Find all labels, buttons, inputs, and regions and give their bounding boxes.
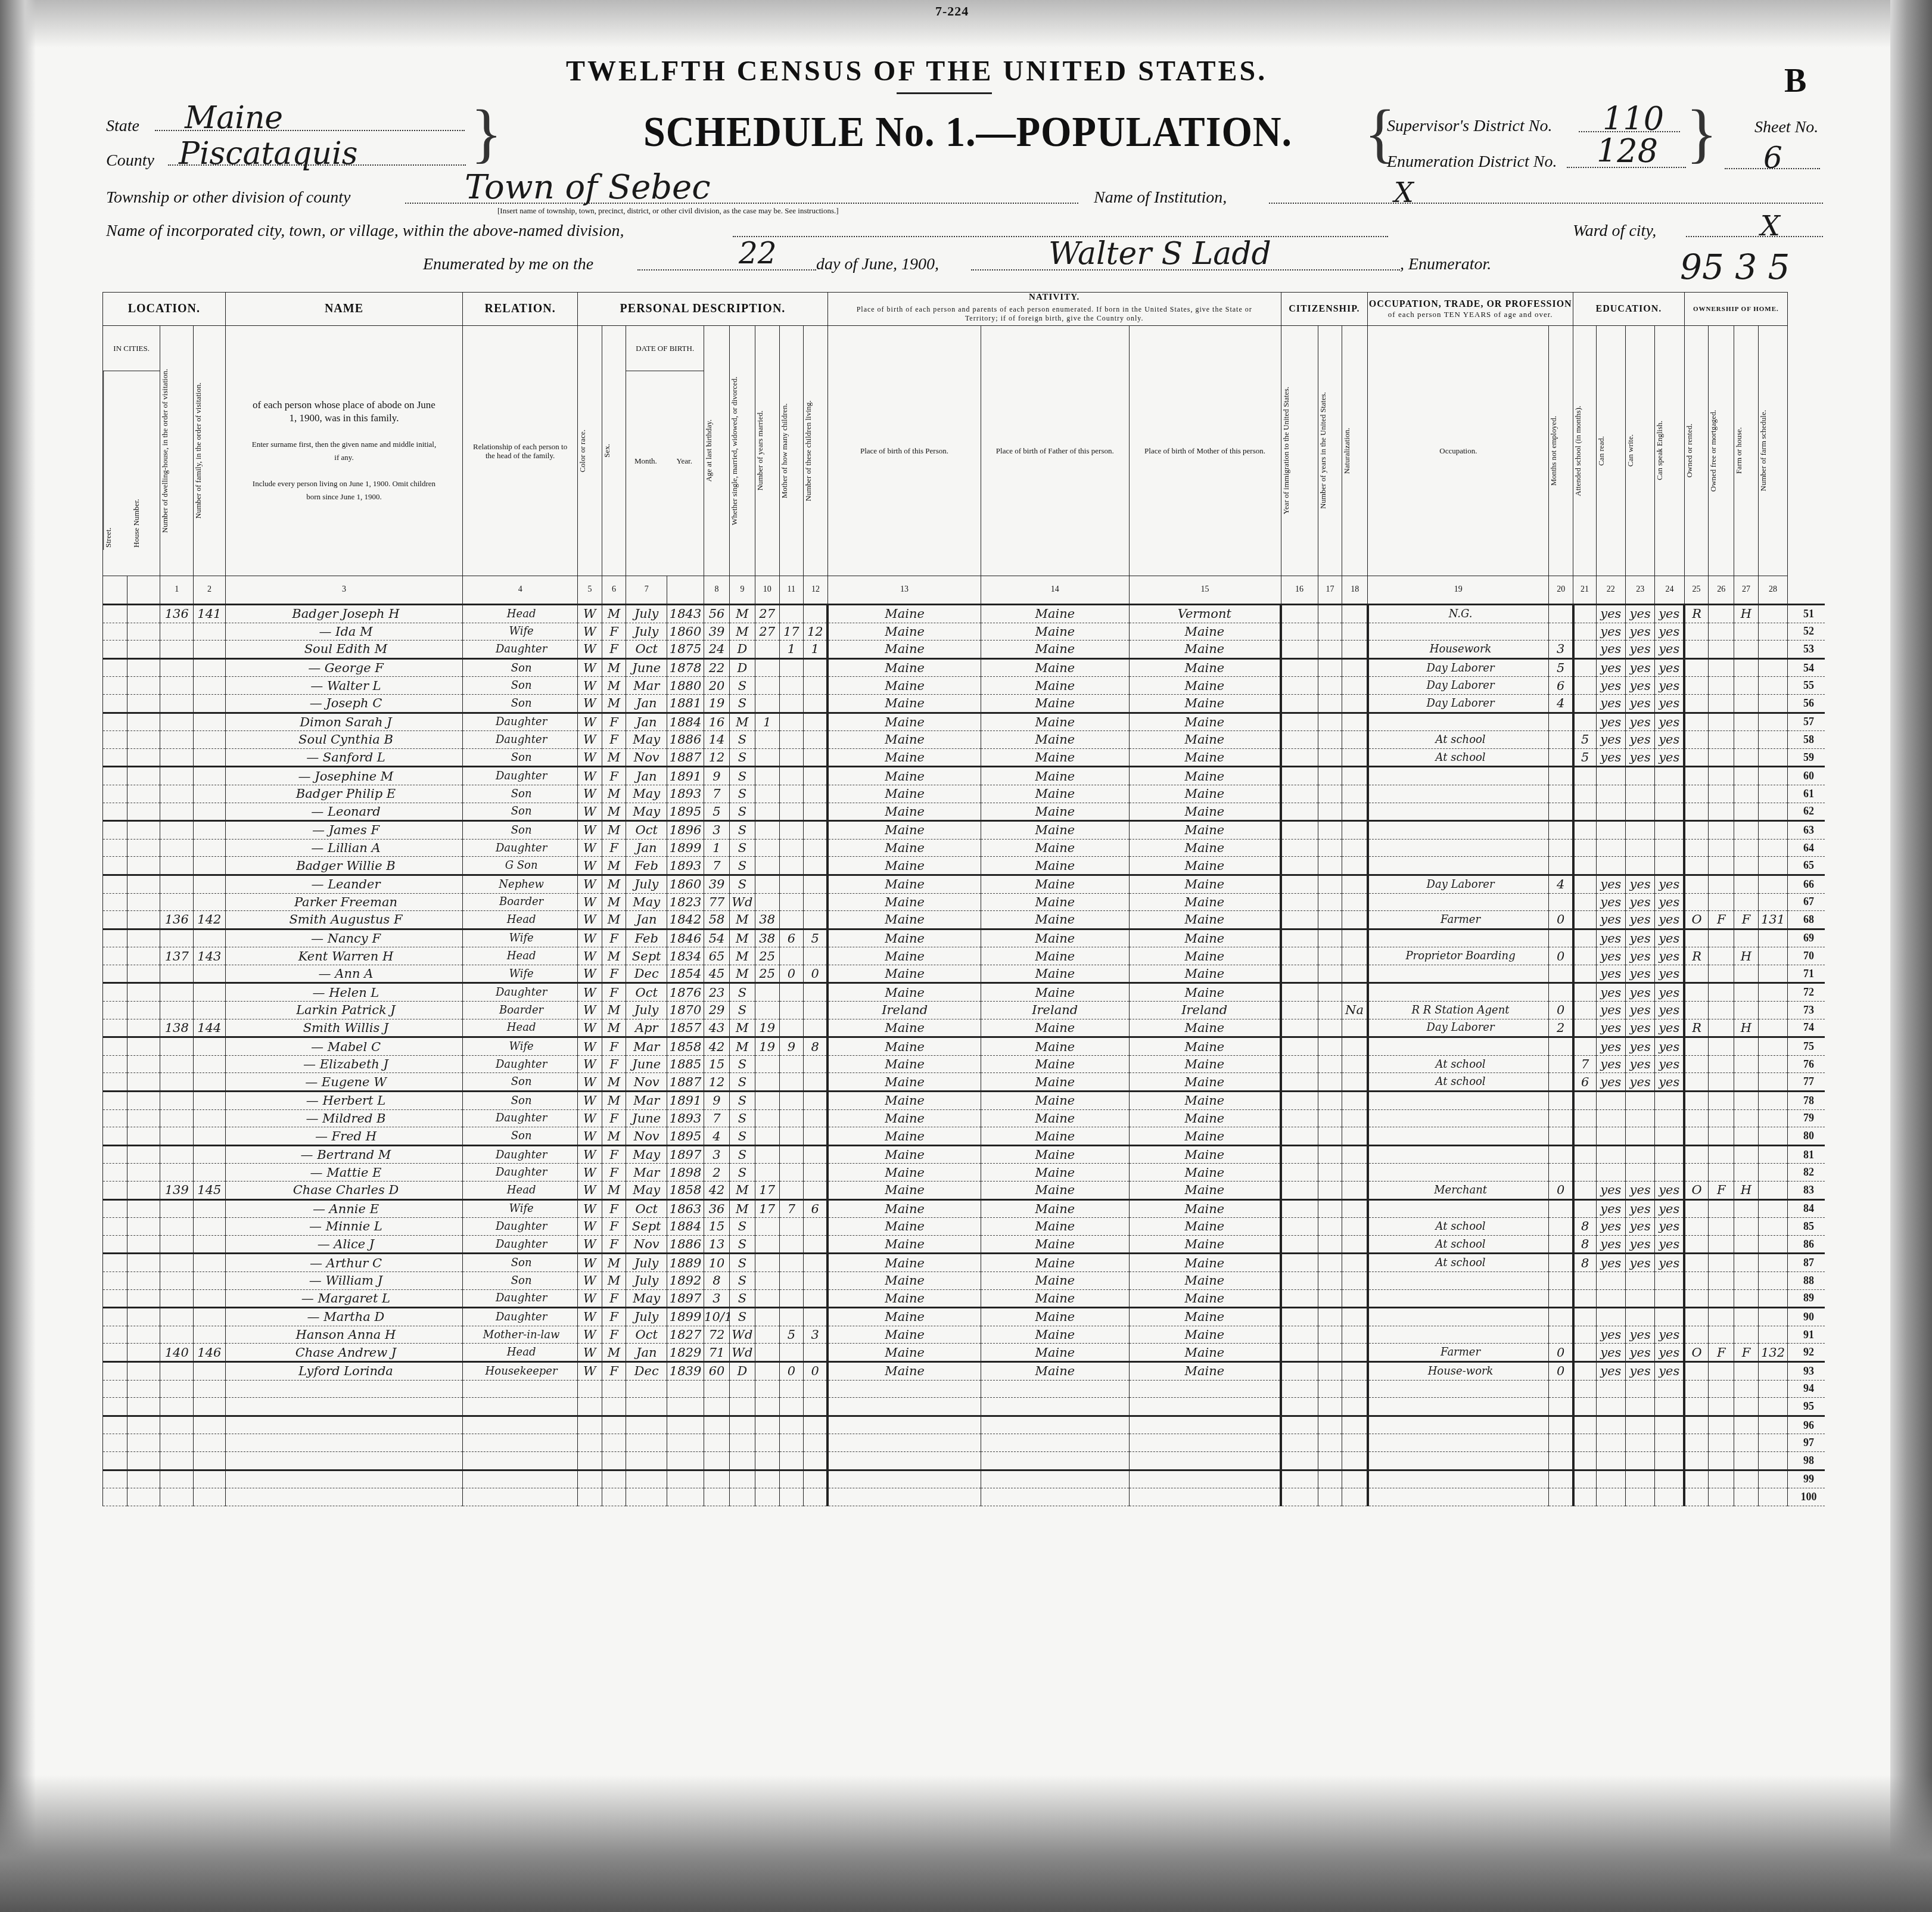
months-unemployed [1549, 1326, 1573, 1344]
person-name [225, 1398, 463, 1416]
mother-of-children [779, 1271, 804, 1289]
farm-house [1734, 1326, 1759, 1344]
table-row: Badger Willie BG SonWMFeb18937SMaineMain… [103, 857, 1825, 875]
school-months [1573, 911, 1597, 929]
age: 7 [704, 785, 730, 803]
free-mortgaged [1709, 1218, 1734, 1236]
house-number-cell [127, 1019, 160, 1037]
line-number: 75 [1788, 1037, 1825, 1056]
free-mortgaged [1709, 1451, 1734, 1470]
age: 24 [704, 641, 730, 659]
naturalization [1342, 947, 1368, 965]
birth-month: Mar [626, 1037, 667, 1056]
can-write: yes [1626, 694, 1655, 713]
mother-of-children: 17 [779, 623, 804, 641]
can-speak-english: yes [1655, 875, 1684, 893]
header-relation: RELATION. [463, 293, 578, 326]
farm-schedule-number [1758, 1434, 1787, 1452]
birth-year: 1880 [667, 677, 704, 695]
school-months: 8 [1573, 1218, 1597, 1236]
can-speak-english [1655, 1488, 1684, 1506]
house-number-cell [127, 1344, 160, 1362]
birthplace-mother [1129, 1434, 1281, 1452]
birthplace-father: Maine [981, 677, 1130, 695]
enumerated-label: Enumerated by me on the [423, 255, 593, 274]
table-row: — Lillian ADaughterWFJan18991SMaineMaine… [103, 839, 1825, 857]
birthplace-person [827, 1416, 981, 1434]
sex [602, 1451, 626, 1470]
months-unemployed [1549, 803, 1573, 821]
years-in-us [1318, 1308, 1342, 1326]
dwelling-number [160, 1092, 194, 1110]
farm-house [1734, 1271, 1759, 1289]
mother-of-children [779, 839, 804, 857]
table-row: 140146Chase Andrew JHeadWMJan182971WdMai… [103, 1344, 1825, 1362]
farm-house [1734, 1488, 1759, 1506]
family-number [194, 658, 226, 677]
owned-rented [1684, 1218, 1709, 1236]
birthplace-person: Maine [827, 965, 981, 983]
years-married [755, 767, 779, 785]
marital-status: Wd [729, 1344, 755, 1362]
can-write: yes [1626, 947, 1655, 965]
birthplace-father: Maine [981, 803, 1130, 821]
relationship: Wife [463, 965, 578, 983]
sex [602, 1470, 626, 1488]
street-cell [103, 1037, 127, 1056]
naturalization [1342, 1451, 1368, 1470]
years-in-us [1318, 713, 1342, 731]
birthplace-mother: Maine [1129, 929, 1281, 947]
school-months: 8 [1573, 1235, 1597, 1254]
person-name: — Nancy F [225, 929, 463, 947]
can-speak-english: yes [1655, 1326, 1684, 1344]
immigration-year [1281, 857, 1318, 875]
can-write: yes [1626, 713, 1655, 731]
can-speak-english [1655, 1470, 1684, 1488]
mother-children-label: Mother of how many children. [780, 401, 789, 500]
can-write: yes [1626, 1235, 1655, 1254]
street-cell [103, 731, 127, 749]
immigration-year [1281, 911, 1318, 929]
occupation [1368, 1127, 1549, 1146]
family-number [194, 1380, 226, 1398]
months-unemployed: 4 [1549, 694, 1573, 713]
age: 9 [704, 767, 730, 785]
color-race: W [578, 1002, 602, 1019]
line-number: 84 [1788, 1199, 1825, 1218]
farm-schedule-number [1758, 1271, 1787, 1289]
dwelling-number [160, 1037, 194, 1056]
owned-rented [1684, 1055, 1709, 1073]
dwelling-number [160, 1109, 194, 1127]
nativity-title: NATIVITY. [828, 293, 1281, 303]
months-unemployed [1549, 983, 1573, 1002]
sex [602, 1380, 626, 1398]
color-race: W [578, 748, 602, 767]
birthplace-person: Maine [827, 1182, 981, 1200]
months-unemployed [1549, 748, 1573, 767]
township-value: Town of Sebec [465, 168, 711, 207]
birth-year: 1896 [667, 821, 704, 840]
can-speak-english: yes [1655, 929, 1684, 947]
ward-line [1686, 236, 1823, 237]
table-row: — Martha DDaughterWFJuly189910/12SMaineM… [103, 1308, 1825, 1326]
dwelling-number [160, 1434, 194, 1452]
years-in-us [1318, 641, 1342, 659]
table-row: Parker FreemanBoarderWMMay182377WdMaineM… [103, 893, 1825, 911]
can-write [1626, 1470, 1655, 1488]
children-living [804, 1109, 828, 1127]
street-cell [103, 803, 127, 821]
birth-month: July [626, 875, 667, 893]
house-number-cell [127, 983, 160, 1002]
house-number-cell [127, 965, 160, 983]
free-mortgaged [1709, 1145, 1734, 1164]
birth-year: 1881 [667, 694, 704, 713]
age: 29 [704, 1002, 730, 1019]
can-speak-english: yes [1655, 1235, 1684, 1254]
owned-rented [1684, 1109, 1709, 1127]
age: 39 [704, 875, 730, 893]
years-married [755, 1271, 779, 1289]
months-unemployed: 6 [1549, 677, 1573, 695]
table-row: — Fred HSonWMNov18954SMaineMaineMaine80 [103, 1127, 1825, 1146]
school-months [1573, 839, 1597, 857]
birthplace-person: Maine [827, 983, 981, 1002]
family-number [194, 929, 226, 947]
occupation: At school [1368, 748, 1549, 767]
can-speak-english [1655, 1451, 1684, 1470]
family-number [194, 1361, 226, 1380]
birthplace-father [981, 1488, 1130, 1506]
sex: M [602, 875, 626, 893]
family-number [194, 1055, 226, 1073]
color-race: W [578, 1344, 602, 1362]
dwelling-number [160, 803, 194, 821]
farm-house [1734, 1416, 1759, 1434]
birthplace-person: Maine [827, 875, 981, 893]
street-cell [103, 1235, 127, 1254]
school-months [1573, 1470, 1597, 1488]
can-read: yes [1596, 677, 1625, 695]
years-married: 27 [755, 605, 779, 623]
street-cell [103, 1434, 127, 1452]
years-in-us [1318, 1470, 1342, 1488]
dwelling-number [160, 857, 194, 875]
street-cell [103, 1092, 127, 1110]
house-number-cell [127, 1109, 160, 1127]
relationship: Wife [463, 1199, 578, 1218]
sex: M [602, 803, 626, 821]
street-cell [103, 641, 127, 659]
birthplace-person: Maine [827, 1073, 981, 1092]
enumerated-day-line [637, 269, 816, 271]
years-married [755, 1092, 779, 1110]
relationship: Daughter [463, 641, 578, 659]
birthplace-mother [1129, 1470, 1281, 1488]
street-cell [103, 623, 127, 641]
farm-house [1734, 1289, 1759, 1308]
birth-year [667, 1398, 704, 1416]
dwelling-number: 136 [160, 911, 194, 929]
farm-schedule-number: 132 [1758, 1344, 1787, 1362]
relationship: Nephew [463, 875, 578, 893]
birthplace-person [827, 1398, 981, 1416]
house-number-cell [127, 857, 160, 875]
farm-schedule-number [1758, 1308, 1787, 1326]
school-months [1573, 1092, 1597, 1110]
owned-rented [1684, 767, 1709, 785]
dwelling-number [160, 1254, 194, 1272]
table-row: Badger Philip ESonWMMay18937SMaineMaineM… [103, 785, 1825, 803]
free-mortgaged [1709, 1326, 1734, 1344]
birth-year: 1829 [667, 1344, 704, 1362]
birthplace-mother [1129, 1488, 1281, 1506]
mother-of-children [779, 748, 804, 767]
naturalization [1342, 857, 1368, 875]
years-in-us [1318, 658, 1342, 677]
occupation [1368, 857, 1549, 875]
birthplace-person: Maine [827, 839, 981, 857]
years-married: 38 [755, 929, 779, 947]
farm-schedule-number [1758, 785, 1787, 803]
months-unemployed [1549, 1398, 1573, 1416]
age: 43 [704, 1019, 730, 1037]
birth-year: 1884 [667, 713, 704, 731]
table-row: Soul Edith MDaughterWFOct187524D11MaineM… [103, 641, 1825, 659]
family-number [194, 785, 226, 803]
header-location: LOCATION. [103, 293, 226, 326]
table-row: — Mattie EDaughterWFMar18982SMaineMaineM… [103, 1164, 1825, 1182]
naturalization [1342, 803, 1368, 821]
birth-year [667, 1470, 704, 1488]
dwelling-number [160, 767, 194, 785]
marital-status: S [729, 731, 755, 749]
relationship: Daughter [463, 1235, 578, 1254]
birth-month: Feb [626, 929, 667, 947]
sex-label: Sex. [602, 442, 612, 460]
owned-rented [1684, 893, 1709, 911]
color-race: W [578, 911, 602, 929]
table-row: — Arthur CSonWMJuly188910SMaineMaineMain… [103, 1254, 1825, 1272]
age: 42 [704, 1037, 730, 1056]
mother-of-children [779, 767, 804, 785]
farm-house [1734, 1127, 1759, 1146]
children-living [804, 1055, 828, 1073]
birth-month: Jan [626, 767, 667, 785]
years-married [755, 1218, 779, 1236]
years-married [755, 893, 779, 911]
can-write [1626, 1092, 1655, 1110]
line-number: 89 [1788, 1289, 1825, 1308]
birthplace-person: Maine [827, 748, 981, 767]
color-race [578, 1434, 602, 1452]
years-in-us [1318, 694, 1342, 713]
school-months [1573, 1289, 1597, 1308]
family-number [194, 1470, 226, 1488]
can-read [1596, 1416, 1625, 1434]
months-unemployed [1549, 713, 1573, 731]
can-speak-english [1655, 1380, 1684, 1398]
children-living [804, 1416, 828, 1434]
immigration-year [1281, 929, 1318, 947]
line-number: 54 [1788, 658, 1825, 677]
line-number: 57 [1788, 713, 1825, 731]
immigration-year [1281, 1308, 1318, 1326]
school-months [1573, 893, 1597, 911]
birth-month: July [626, 1254, 667, 1272]
months-unemployed [1549, 1470, 1573, 1488]
line-number: 87 [1788, 1254, 1825, 1272]
house-number-cell [127, 1092, 160, 1110]
owned-rented: R [1684, 1019, 1709, 1037]
street-cell [103, 911, 127, 929]
can-write: yes [1626, 1361, 1655, 1380]
farm-house [1734, 803, 1759, 821]
naturalization [1342, 875, 1368, 893]
farm-schedule-number [1758, 748, 1787, 767]
house-number-cell [127, 1434, 160, 1452]
occupation [1368, 1145, 1549, 1164]
free-mortgaged [1709, 1127, 1734, 1146]
farm-schedule-number [1758, 1451, 1787, 1470]
birthplace-father: Maine [981, 1109, 1130, 1127]
dwelling-number [160, 1235, 194, 1254]
sex [602, 1488, 626, 1506]
free-mortgaged [1709, 658, 1734, 677]
age: 72 [704, 1326, 730, 1344]
dwelling-number: 137 [160, 947, 194, 965]
children-living [804, 605, 828, 623]
months-unemployed [1549, 1434, 1573, 1452]
birth-month: Mar [626, 677, 667, 695]
table-row: — Herbert LSonWMMar18919SMaineMaineMaine… [103, 1092, 1825, 1110]
marital-status: S [729, 1271, 755, 1289]
farm-schedule-number [1758, 1488, 1787, 1506]
can-write [1626, 1398, 1655, 1416]
immigration-year [1281, 1092, 1318, 1110]
farm-schedule-number [1758, 731, 1787, 749]
birthplace-father: Maine [981, 1199, 1130, 1218]
years-married [755, 785, 779, 803]
line-number: 82 [1788, 1164, 1825, 1182]
age: 5 [704, 803, 730, 821]
months-unemployed [1549, 1380, 1573, 1398]
sex: F [602, 839, 626, 857]
months-unemployed [1549, 929, 1573, 947]
free-mortgaged [1709, 1380, 1734, 1398]
birth-year: 1897 [667, 1145, 704, 1164]
birth-month: Feb [626, 857, 667, 875]
farm-schedule-number [1758, 947, 1787, 965]
street-cell [103, 1055, 127, 1073]
owned-rented [1684, 1434, 1709, 1452]
can-read [1596, 1271, 1625, 1289]
farm-house [1734, 1235, 1759, 1254]
naturalization [1342, 623, 1368, 641]
marital-status: M [729, 947, 755, 965]
birthplace-person: Maine [827, 1092, 981, 1110]
relationship: Daughter [463, 731, 578, 749]
relationship: Mother-in-law [463, 1326, 578, 1344]
month-label: Month. [626, 456, 665, 465]
farm-schedule-number [1758, 641, 1787, 659]
color-race: W [578, 677, 602, 695]
birth-month: Oct [626, 1326, 667, 1344]
birth-year: 1897 [667, 1289, 704, 1308]
can-speak-english [1655, 821, 1684, 840]
years-in-us [1318, 1127, 1342, 1146]
house-number-cell [127, 1271, 160, 1289]
farm-house [1734, 785, 1759, 803]
occupation [1368, 1398, 1549, 1416]
farm-schedule-number [1758, 1182, 1787, 1200]
years-in-us [1318, 1073, 1342, 1092]
farm-house [1734, 677, 1759, 695]
family-number [194, 1434, 226, 1452]
census-table: LOCATION. NAME RELATION. PERSONAL DESCRI… [102, 292, 1825, 1506]
age: 15 [704, 1055, 730, 1073]
line-number: 94 [1788, 1380, 1825, 1398]
person-name [225, 1488, 463, 1506]
occupation: Merchant [1368, 1182, 1549, 1200]
months-unemployed [1549, 1037, 1573, 1056]
marital-status: S [729, 1109, 755, 1127]
dwelling-number [160, 677, 194, 695]
can-write: yes [1626, 1326, 1655, 1344]
can-speak-english [1655, 1164, 1684, 1182]
marital-status [729, 1488, 755, 1506]
person-name: Larkin Patrick J [225, 1002, 463, 1019]
mother-of-children [779, 1308, 804, 1326]
column-number: 1 [160, 576, 194, 605]
school-months: 6 [1573, 1073, 1597, 1092]
years-married: 27 [755, 623, 779, 641]
mother-of-children [779, 1380, 804, 1398]
naturalization [1342, 1289, 1368, 1308]
birthplace-person [827, 1380, 981, 1398]
line-number: 97 [1788, 1434, 1825, 1452]
line-number: 88 [1788, 1271, 1825, 1289]
birthplace-mother: Maine [1129, 1289, 1281, 1308]
birth-month: Nov [626, 748, 667, 767]
school-months [1573, 1199, 1597, 1218]
can-write [1626, 1451, 1655, 1470]
birthplace-father [981, 1380, 1130, 1398]
birthplace-mother: Maine [1129, 983, 1281, 1002]
birthplace-person: Maine [827, 857, 981, 875]
birthplace-person: Maine [827, 1145, 981, 1164]
enumerated-date-suffix: day of June, 1900, [816, 255, 939, 274]
marital-status: S [729, 767, 755, 785]
can-speak-english: yes [1655, 677, 1684, 695]
dwelling-number [160, 658, 194, 677]
free-mortgaged [1709, 1361, 1734, 1380]
birthplace-mother: Maine [1129, 1199, 1281, 1218]
mother-of-children [779, 1145, 804, 1164]
street-cell [103, 1182, 127, 1200]
years-married [755, 677, 779, 695]
township-label: Township or other division of county [106, 188, 350, 207]
relationship [463, 1470, 578, 1488]
relationship: Daughter [463, 713, 578, 731]
line-number: 77 [1788, 1073, 1825, 1092]
farm-house [1734, 713, 1759, 731]
person-name: — Arthur C [225, 1254, 463, 1272]
farm-house [1734, 821, 1759, 840]
table-row: — Josephine MDaughterWFJan18919SMaineMai… [103, 767, 1825, 785]
